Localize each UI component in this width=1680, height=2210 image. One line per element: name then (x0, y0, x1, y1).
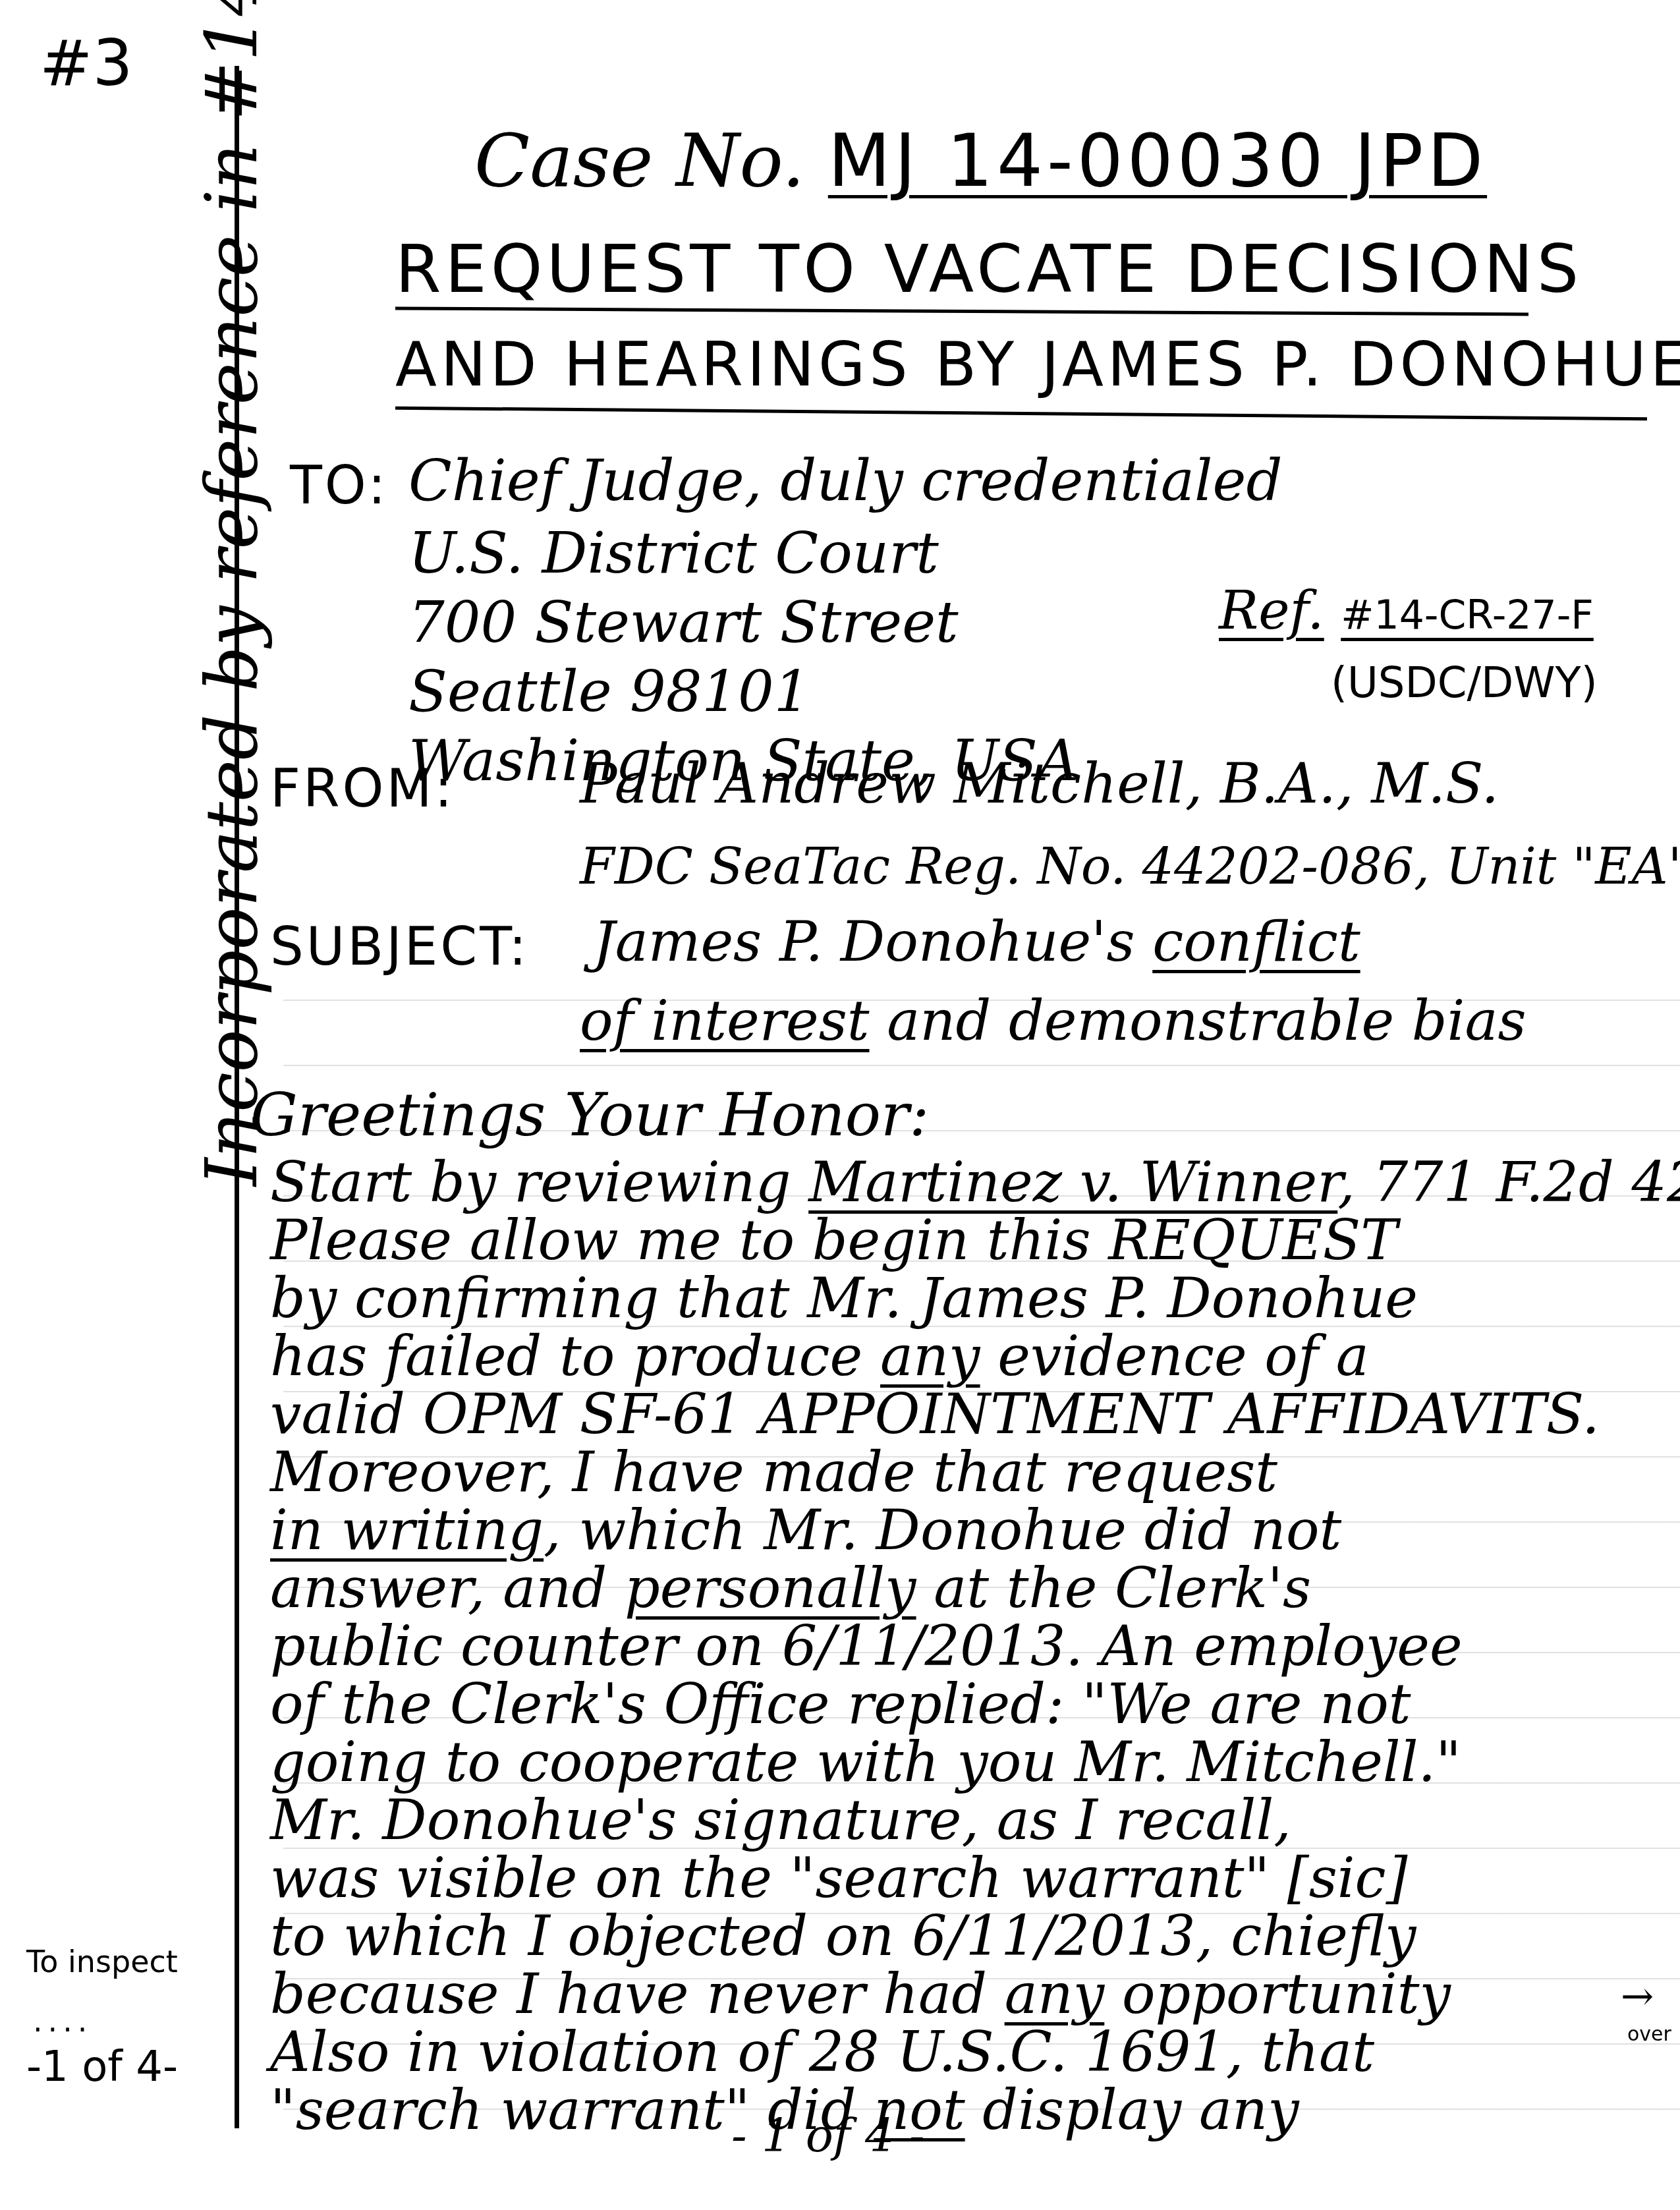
body-text: Moreover, I have made that request (270, 1440, 1277, 1504)
subject-label: SUBJECT: (270, 916, 529, 977)
body-line: Also in violation of 28 U.S.C. 1691, tha… (270, 2020, 1374, 2084)
body-line: valid OPM SF-61 APPOINTMENT AFFIDAVITS. (270, 1382, 1600, 1446)
title-line-2: AND HEARINGS BY JAMES P. DONOHUE (395, 329, 1680, 400)
exhibit-number: #3 (40, 26, 133, 100)
body-text: Mr. Donohue's signature, as I recall, (270, 1788, 1291, 1852)
subject-text: and demonstrable bias (870, 988, 1526, 1053)
body-line: has failed to produce any evidence of a (270, 1324, 1369, 1388)
subject-emphasis: conflict (1152, 909, 1360, 974)
body-emphasis: in writing (270, 1498, 544, 1562)
body-text: evidence of a (980, 1324, 1369, 1388)
subject-emphasis: of interest (580, 988, 870, 1053)
body-line: public counter on 6/11/2013. An employee (270, 1614, 1463, 1678)
body-text: because I have never had (270, 1962, 1005, 2026)
continue-arrow-icon: → (1621, 1973, 1654, 2020)
body-line: to which I objected on 6/11/2013, chiefl… (270, 1904, 1416, 1968)
body-text: Start by reviewing (270, 1150, 808, 1214)
ref-label: Ref. (1219, 580, 1324, 641)
side-note-inspect: To inspect (26, 1944, 178, 1979)
to-line: 700 Stewart Street (408, 590, 959, 656)
body-line: answer, and personally at the Clerk's (270, 1556, 1311, 1620)
case-number-line: Case No. MJ 14-00030 JPD (474, 119, 1487, 203)
to-line: Seattle 98101 (408, 659, 810, 725)
body-line: Please allow me to begin this REQUEST (270, 1208, 1397, 1272)
body-text: at the Clerk's (916, 1556, 1312, 1620)
body-line: of the Clerk's Office replied: "We are n… (270, 1672, 1411, 1736)
to-line: U.S. District Court (408, 521, 939, 586)
ref-number: #14-CR-27-F (1341, 592, 1594, 638)
subject-line-2: of interest and demonstrable bias (580, 988, 1526, 1053)
body-text: public counter on 6/11/2013. An employee (270, 1614, 1463, 1678)
side-note-dots: .... (33, 2003, 93, 2039)
body-line: was visible on the "search warrant" [sic… (270, 1846, 1407, 1910)
body-text: was visible on the "search warrant" [sic… (270, 1846, 1407, 1910)
body-text: Also in violation of 28 U.S.C. 1691, tha… (270, 2020, 1374, 2084)
body-text: valid OPM SF-61 APPOINTMENT AFFIDAVITS. (270, 1382, 1600, 1446)
over-note: over (1627, 2023, 1671, 2046)
body-text: , which Mr. Donohue did not (544, 1498, 1341, 1562)
body-text: by confirming that Mr. James P. Donohue (270, 1266, 1418, 1330)
title-underline-2 (395, 407, 1647, 421)
body-emphasis: personally (625, 1556, 916, 1620)
ref-sub: (USDC/DWY) (1331, 659, 1598, 708)
reference: Ref. #14-CR-27-F (1219, 580, 1594, 641)
case-number-label: Case No. (474, 119, 805, 203)
title-underline-1 (395, 306, 1528, 316)
body-line: because I have never had any opportunity (270, 1962, 1451, 2026)
body-text: of the Clerk's Office replied: "We are n… (270, 1672, 1411, 1736)
salutation: Greetings Your Honor: (250, 1081, 929, 1150)
subject-text: James P. Donohue's (593, 909, 1152, 974)
from-line-1: Paul Andrew Mitchell, B.A., M.S. (580, 751, 1499, 816)
to-line: Chief Judge, duly credentialed (408, 448, 1282, 514)
body-line: going to cooperate with you Mr. Mitchell… (270, 1730, 1461, 1794)
body-text: has failed to produce (270, 1324, 880, 1388)
body-emphasis: any (1005, 1962, 1105, 2026)
to-label: TO: (290, 455, 388, 516)
body-line: in writing, which Mr. Donohue did not (270, 1498, 1341, 1562)
body-line: Mr. Donohue's signature, as I recall, (270, 1788, 1291, 1852)
margin-reference-note: Incorporated by reference in #14-CR-27-F… (191, 0, 273, 1186)
body-text: Please allow me to begin this REQUEST (270, 1208, 1397, 1272)
body-text: to which I objected on 6/11/2013, chiefl… (270, 1904, 1416, 1968)
body-line: Moreover, I have made that request (270, 1440, 1277, 1504)
title-line-1: REQUEST TO VACATE DECISIONS (395, 231, 1582, 308)
side-page-number: -1 of 4- (26, 2043, 178, 2091)
body-emphasis: any (880, 1324, 980, 1388)
footer-page-number: - 1 of 4 - (731, 2109, 924, 2163)
body-line: Start by reviewing Martinez v. Winner, 7… (270, 1150, 1680, 1214)
body-text: answer, and (270, 1556, 625, 1620)
subject-line-1: James P. Donohue's conflict (593, 909, 1360, 974)
scanned-letter-page: #3 Incorporated by reference in #14-CR-2… (0, 0, 1680, 2210)
from-label: FROM: (270, 758, 455, 819)
body-text: , 771 F.2d 424. (1337, 1150, 1680, 1214)
from-line-2: FDC SeaTac Reg. No. 44202-086, Unit "EA" (580, 837, 1680, 895)
body-text: opportunity (1104, 1962, 1451, 2026)
body-line: by confirming that Mr. James P. Donohue (270, 1266, 1418, 1330)
body-text: going to cooperate with you Mr. Mitchell… (270, 1730, 1461, 1794)
body-emphasis: Martinez v. Winner (808, 1150, 1337, 1214)
case-number: MJ 14-00030 JPD (828, 119, 1487, 203)
body-text: display any (965, 2078, 1299, 2142)
